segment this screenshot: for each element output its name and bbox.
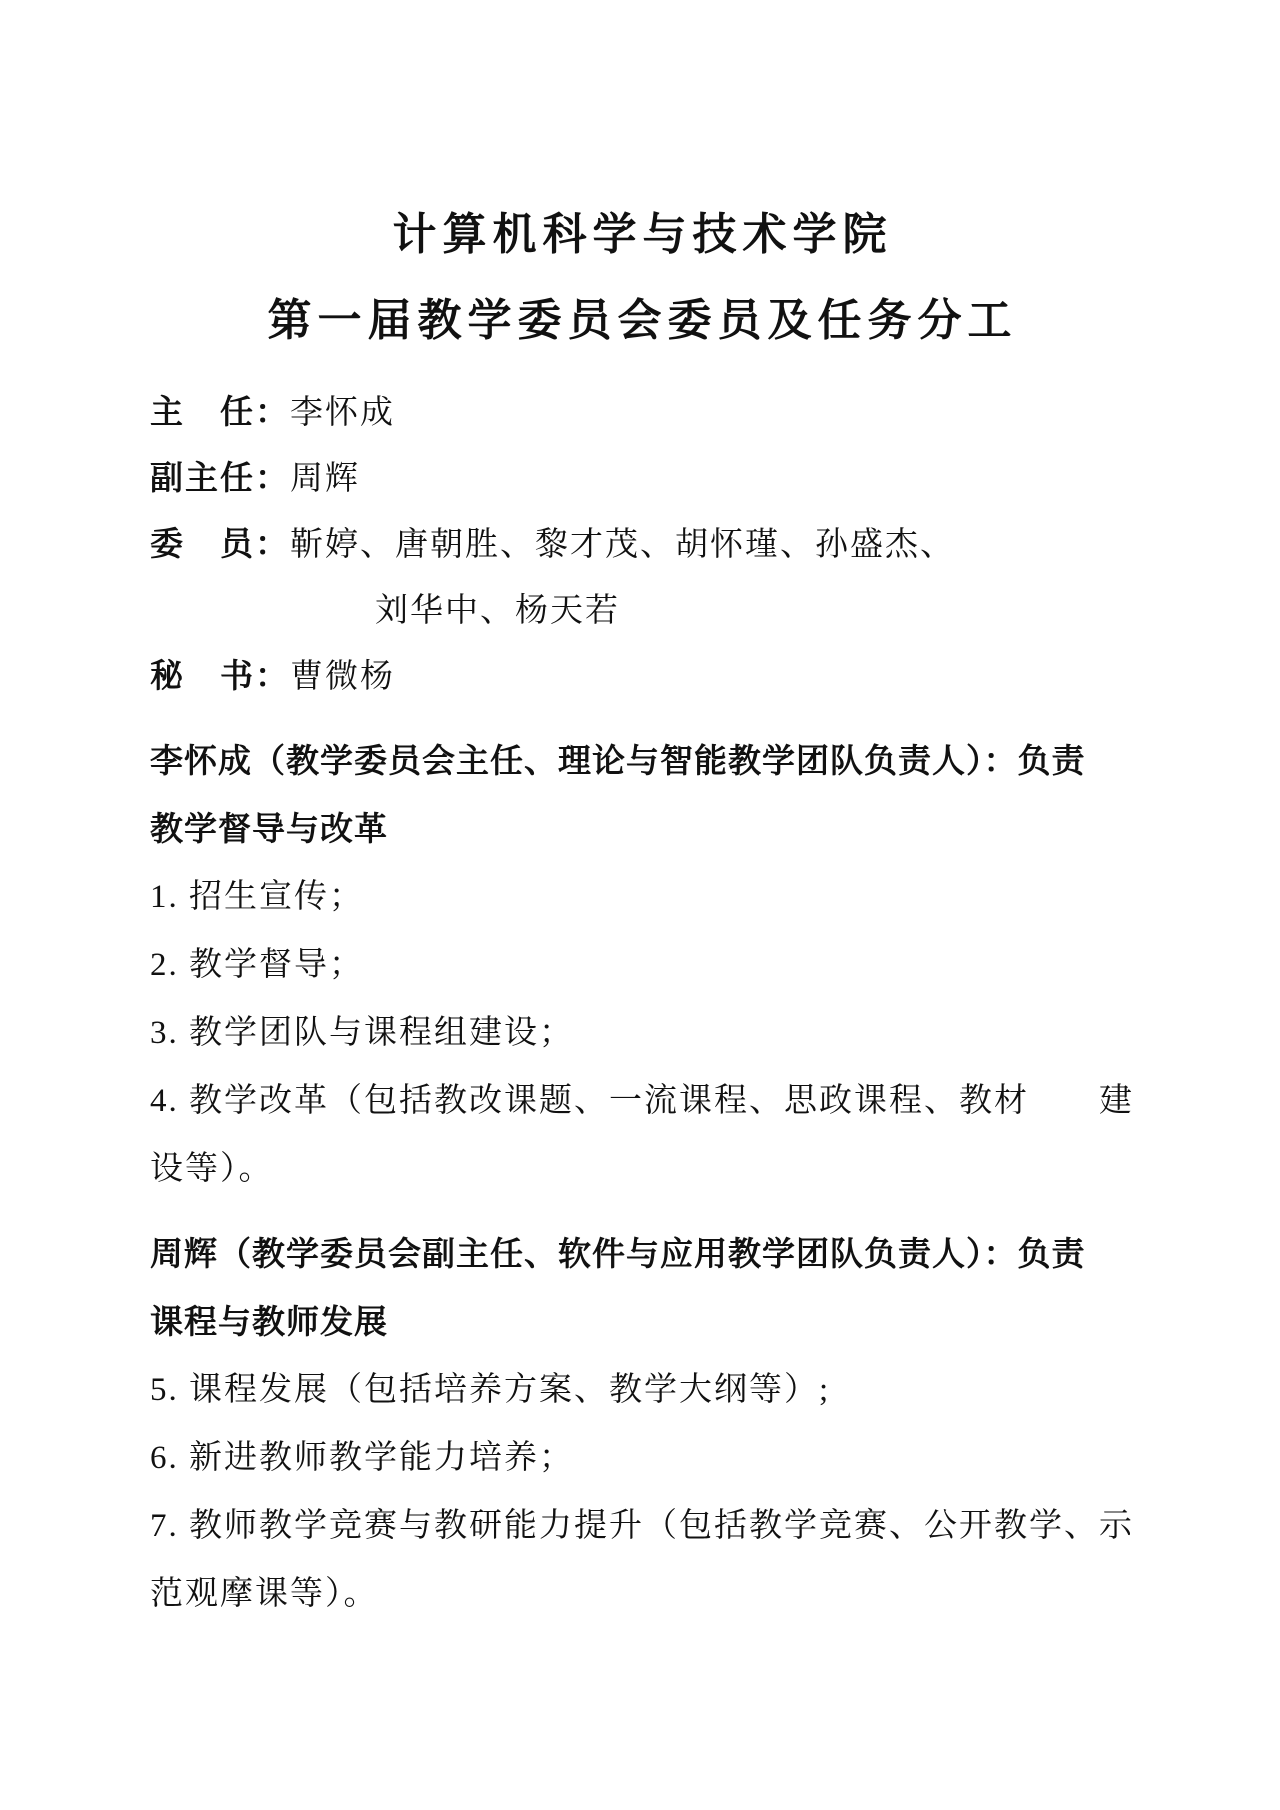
roster-row-deputy-director: 副主任：周辉 [150, 446, 1135, 512]
task-item-continued: 设等）。 [150, 1135, 1135, 1203]
section-zhouhui: 周辉（教学委员会副主任、软件与应用教学团队负责人）：负责 课程与教师发展 5. … [150, 1220, 1135, 1628]
task-item-continued: 范观摩课等）。 [150, 1560, 1135, 1628]
task-item: 6. 新进教师教学能力培养； [150, 1424, 1135, 1492]
task-item: 2. 教学督导； [150, 931, 1135, 999]
roster-label: 副主任： [150, 461, 290, 497]
roster-label: 主 任： [150, 395, 290, 431]
section-heading: 课程与教师发展 [150, 1288, 1135, 1356]
roster-label: 委 员： [150, 527, 290, 563]
section-lihuaicheng: 李怀成（教学委员会主任、理论与智能教学团队负责人）：负责 教学督导与改革 1. … [150, 727, 1135, 1203]
roster-label: 秘 书： [150, 659, 290, 695]
roster-value: 曹微杨 [290, 659, 395, 695]
section-heading: 教学督导与改革 [150, 795, 1135, 863]
document-page: 计算机科学与技术学院 第一届教学委员会委员及任务分工 主 任：李怀成 副主任：周… [0, 0, 1280, 1810]
task-item: 4. 教学改革（包括教改课题、一流课程、思政课程、教材 建 [150, 1067, 1135, 1135]
roster-value: 周辉 [290, 461, 360, 497]
task-item: 5. 课程发展（包括培养方案、教学大纲等）; [150, 1356, 1135, 1424]
roster-value: 李怀成 [290, 395, 395, 431]
doc-subtitle: 第一届教学委员会委员及任务分工 [150, 294, 1135, 348]
section-heading: 李怀成（教学委员会主任、理论与智能教学团队负责人）：负责 [150, 727, 1135, 795]
roster-row-director: 主 任：李怀成 [150, 380, 1135, 446]
roster-members-continued: 刘华中、杨天若 [150, 578, 1135, 644]
roster-row-members: 委 员：靳婷、唐朝胜、黎才茂、胡怀瑾、孙盛杰、 [150, 512, 1135, 578]
committee-roster: 主 任：李怀成 副主任：周辉 委 员：靳婷、唐朝胜、黎才茂、胡怀瑾、孙盛杰、 刘… [150, 380, 1135, 710]
roster-row-secretary: 秘 书：曹微杨 [150, 644, 1135, 710]
roster-value: 靳婷、唐朝胜、黎才茂、胡怀瑾、孙盛杰、 [290, 527, 955, 563]
task-item: 1. 招生宣传； [150, 863, 1135, 931]
doc-title: 计算机科学与技术学院 [150, 208, 1135, 262]
section-heading: 周辉（教学委员会副主任、软件与应用教学团队负责人）：负责 [150, 1220, 1135, 1288]
document-content: 计算机科学与技术学院 第一届教学委员会委员及任务分工 主 任：李怀成 副主任：周… [0, 0, 1280, 1628]
task-item: 3. 教学团队与课程组建设； [150, 999, 1135, 1067]
task-item: 7. 教师教学竞赛与教研能力提升（包括教学竞赛、公开教学、示 [150, 1492, 1135, 1560]
